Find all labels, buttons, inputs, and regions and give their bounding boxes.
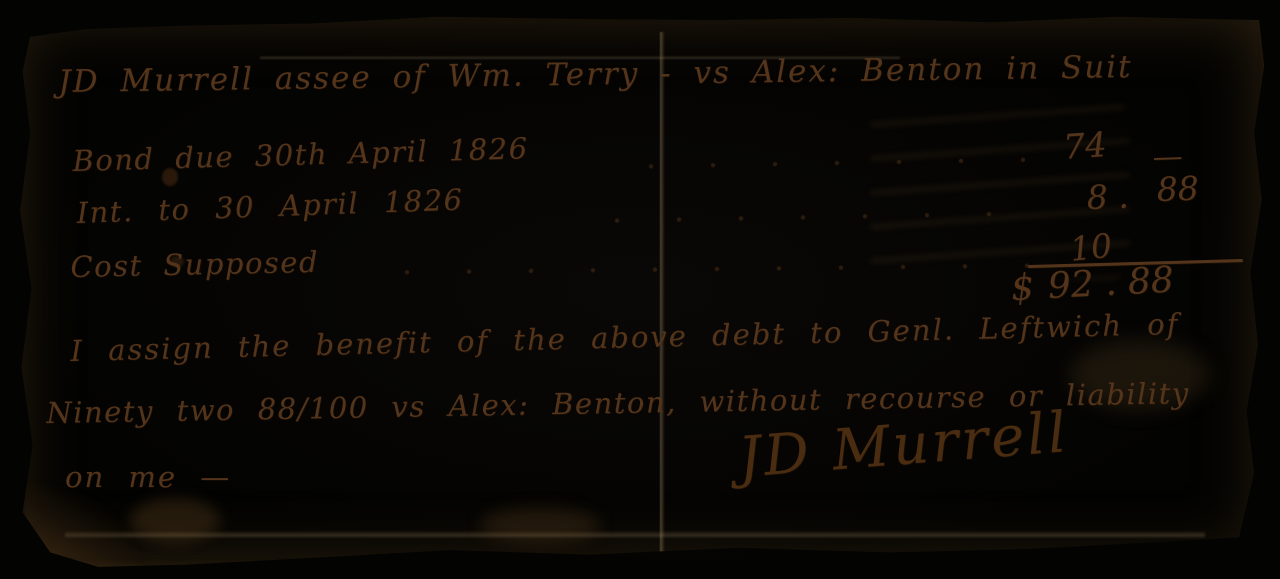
charge-label-bond: Bond due 30th April 1826 [72, 131, 529, 178]
dollar-sign: $ [1010, 267, 1035, 309]
assignment-line-1: I assign the benefit of the above debt t… [70, 307, 1180, 368]
heading-case-line: JD Murrell assee of Wm. Terry - vs Alex:… [58, 49, 1133, 100]
vertical-fold-crease [660, 32, 665, 560]
total-amount: $92 . 88 [1010, 259, 1175, 308]
charge-cents-interest: 88 [1156, 169, 1199, 209]
charge-label-cost: Cost Supposed [70, 245, 319, 284]
paper-sheet: JD Murrell assee of Wm. Terry - vs Alex:… [10, 10, 1268, 568]
scan-background: { "paper": { "heading": "JD Murrell asse… [0, 0, 1280, 579]
total-value: 92 . 88 [1047, 259, 1175, 307]
charge-label-interest: Int. to 30 April 1826 [76, 182, 464, 229]
charge-amount-interest: 8 . [1086, 177, 1129, 217]
leader-dots-interest [612, 208, 1036, 225]
assignment-line-3: on me — [65, 460, 231, 494]
charge-amount-bond: 74 [1062, 125, 1108, 168]
leader-dots-cost [402, 261, 1030, 278]
leader-dots-bond [646, 155, 1038, 172]
bottom-fold-crease [65, 532, 1205, 537]
photo-stage: JD Murrell assee of Wm. Terry - vs Alex:… [0, 0, 1280, 579]
